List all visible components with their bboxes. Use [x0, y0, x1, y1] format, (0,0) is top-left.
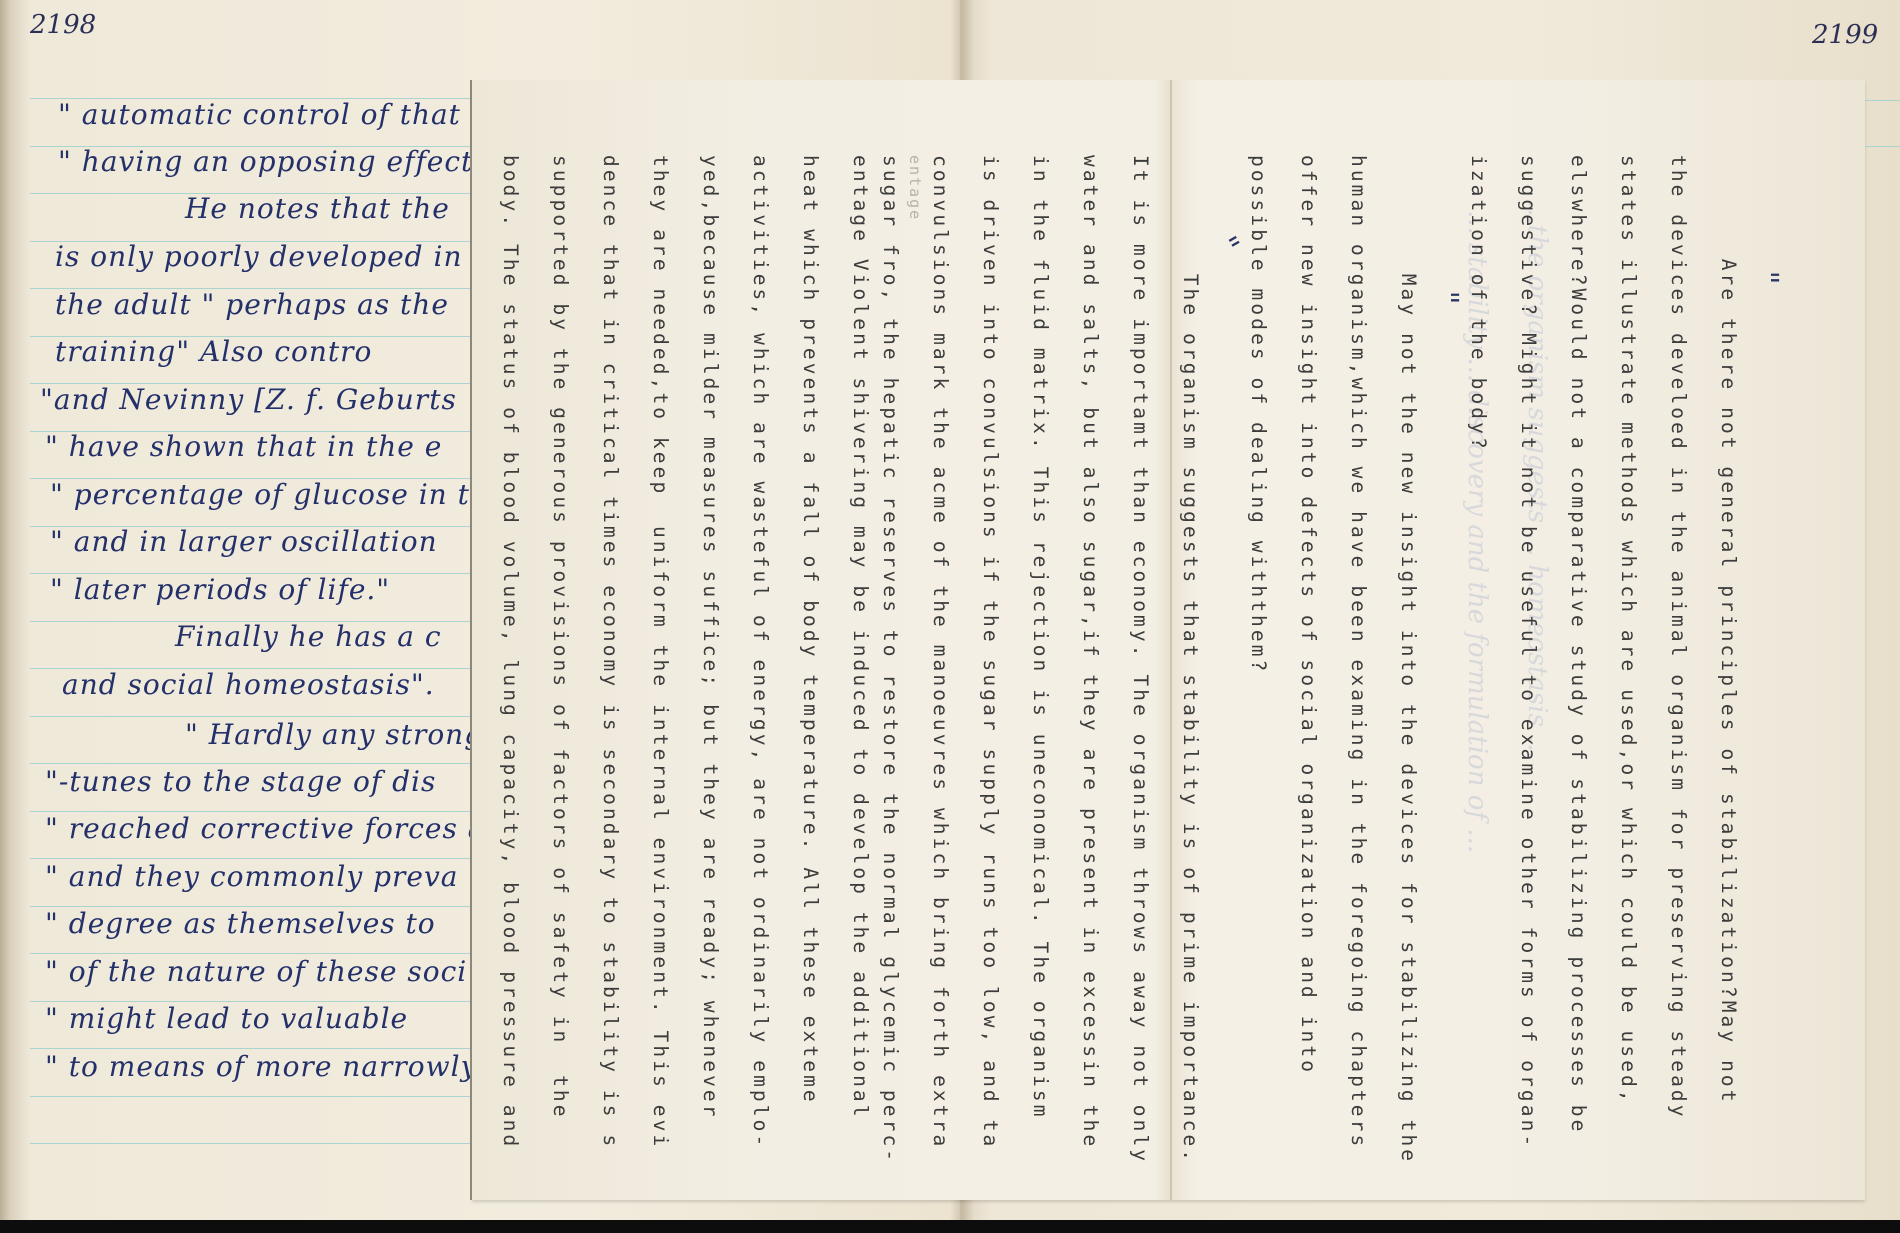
typed-line: body. The status of blood volume, lung c…: [499, 155, 522, 1149]
handwritten-line: "and Nevinny [Z. f. Geburts: [40, 383, 457, 416]
typed-line: May not the new insight into the devices…: [1397, 155, 1420, 1164]
typed-line: It is more importamt than economy. The o…: [1129, 155, 1152, 1164]
quote-mark: ": [1429, 291, 1464, 305]
typed-line: heat which prevents a fall of body tempe…: [799, 155, 822, 1105]
handwritten-line: " Hardly any strong: [185, 718, 472, 751]
typed-line: supported by the generous provisions of …: [549, 155, 572, 1120]
typed-line: they are needed,to keep uniform the inte…: [649, 155, 672, 1149]
typed-line: ization of the body?: [1467, 155, 1490, 452]
typed-line: suggestive? Might it not be useful to ex…: [1517, 155, 1540, 1149]
typed-overprint: entage: [906, 155, 924, 221]
handwritten-line: and social homeostasis".: [62, 668, 435, 701]
typed-line: offer new insight into defects of social…: [1297, 155, 1320, 1075]
handwritten-line: " degree as themselves to: [45, 907, 436, 940]
handwritten-line: " to means of more narrowly: [45, 1050, 472, 1083]
typed-sheet: ...the organism suggests ... homeostasis…: [472, 80, 1865, 1200]
handwritten-line: the adult " perhaps as the: [55, 288, 449, 321]
handwritten-line: "-tunes to the stage of dis: [45, 765, 436, 798]
handwritten-line: " might lead to valuable: [45, 1002, 408, 1035]
handwritten-line: " and in larger oscillation: [50, 525, 438, 558]
ruled-line-stub: [1865, 146, 1900, 147]
handwritten-line: " later periods of life.": [50, 573, 390, 606]
typed-line: possible modes of dealing withthem?: [1247, 155, 1270, 674]
handwritten-line: training" Also contro: [55, 335, 372, 368]
quote-mark: ": [1749, 271, 1784, 285]
handwritten-line: " having an opposing effect: [58, 145, 472, 178]
typed-line: activities, which are wasteful of energy…: [749, 155, 772, 1149]
handwritten-line: is only poorly developed in: [55, 240, 463, 273]
handwritten-line: " percentage of glucose in t: [50, 478, 470, 511]
typed-line: states illustrate methods which are used…: [1617, 155, 1640, 1105]
typed-line: in the fluid matrix. This rejection is u…: [1029, 155, 1052, 1120]
typed-line: is driven into convulsions if the sugar …: [979, 155, 1002, 1149]
typed-line: convulsions mark the acme of the manoeuv…: [929, 155, 952, 1149]
typed-line: the devices develoed in the animal organ…: [1667, 155, 1690, 1120]
typed-line: water and salts, but also sugar,if they …: [1079, 155, 1102, 1149]
typed-line: dence that in critical times economy is …: [599, 155, 622, 1149]
typed-line: Are there not general principles of stab…: [1717, 140, 1740, 1105]
handwritten-line: " reached corrective forces ar: [45, 812, 472, 845]
quote-mark: ": [1208, 231, 1245, 260]
typed-line: The organism suggests that stability is …: [1179, 155, 1202, 1164]
handwritten-line: " automatic control of that: [58, 98, 461, 131]
right-page-number: 2199: [1812, 20, 1878, 50]
typed-line: sugar fro, the hepatic reserves to resto…: [879, 155, 902, 1164]
typed-line: human organism,which we have been examin…: [1347, 155, 1370, 1149]
typed-line: entage Violent shivering may be induced …: [849, 155, 872, 1120]
notebook-spread: 2198 2199 " automatic control of that " …: [0, 0, 1900, 1220]
typed-line: elswhere?Would not a comparative study o…: [1567, 155, 1590, 1134]
handwritten-line: " and they commonly preva: [45, 860, 459, 893]
handwritten-line: Finally he has a c: [175, 620, 442, 653]
paper-fold: [1170, 80, 1172, 1200]
scan-border: [0, 1220, 1900, 1233]
ruled-line-stub: [1865, 100, 1900, 101]
handwritten-text: " automatic control of that " having an …: [0, 0, 472, 1220]
typed-line: yed,because milder measures suffice; but…: [699, 155, 722, 1120]
handwritten-line: He notes that the: [185, 192, 450, 225]
handwritten-line: " have shown that in the e: [45, 430, 442, 463]
handwritten-line: " of the nature of these soci: [45, 955, 467, 988]
